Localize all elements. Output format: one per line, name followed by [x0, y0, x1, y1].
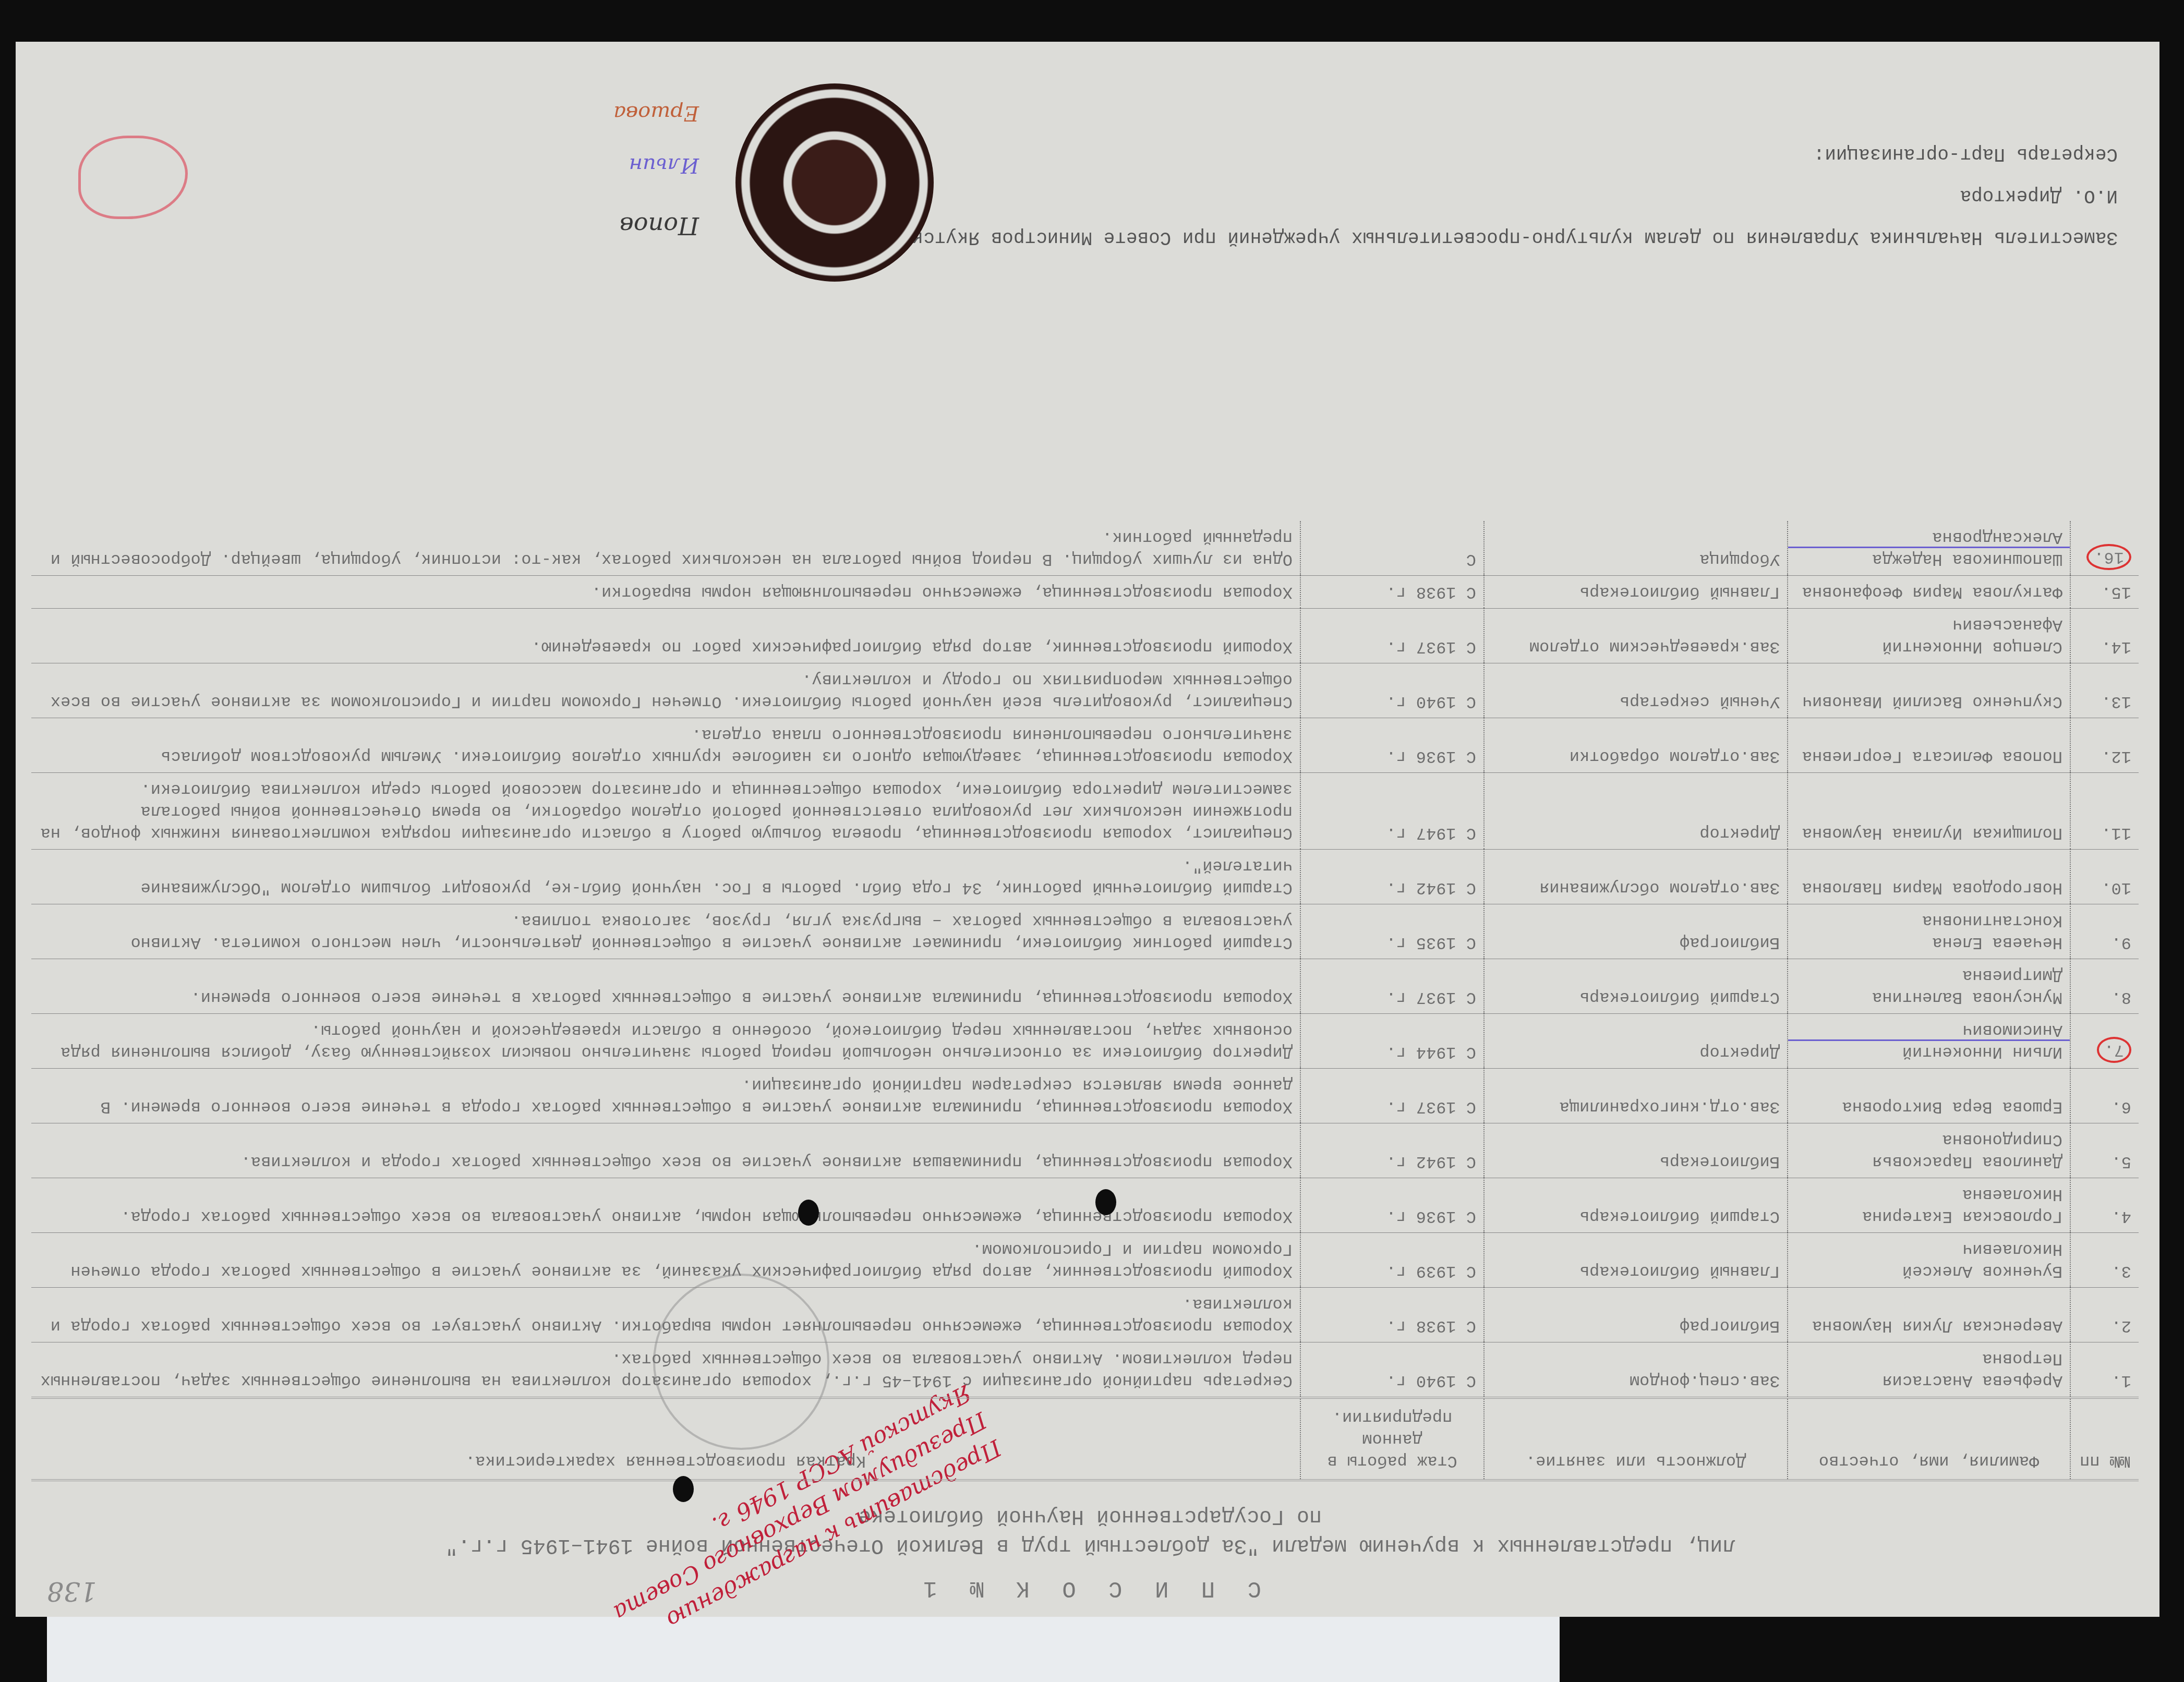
row-position: Директор: [1484, 1014, 1788, 1069]
row-tenure: С 1944 г.: [1300, 1014, 1484, 1069]
row-tenure-text: С 1935 г.: [1386, 933, 1476, 952]
row-position: Зав.отделом обработки: [1484, 718, 1788, 773]
row-characteristic-text: Хорошая производственница, принимала акт…: [191, 988, 1293, 1007]
row-position: Зав.отделом обслуживания: [1484, 850, 1788, 904]
row-position-text: Зав.краеведческим отделом: [1529, 637, 1780, 657]
row-name-text: Полищикая Иулиана Наумовна: [1802, 824, 2062, 843]
table-row: 4.Горловская Екатерина НиколаевнаСтарший…: [31, 1178, 2139, 1233]
row-tenure: С 1938 г.: [1300, 1288, 1484, 1342]
row-characteristic: Специалист, руководитель всей научной ра…: [31, 663, 1300, 718]
row-position: Главный библиотекарь: [1484, 1233, 1788, 1288]
table-row: 3.Бученков Алексей НиколаевичГлавный биб…: [31, 1233, 2139, 1288]
row-number: 11.: [2070, 773, 2139, 850]
row-characteristic: Хорошая производственница, принимавшая а…: [31, 1123, 1300, 1178]
header-characteristic: Краткая производственная характеристика.: [31, 1398, 1300, 1480]
row-characteristic-text: Специалист, хорошая производственница, п…: [41, 780, 1293, 843]
row-position: Старший библиотекарь: [1484, 1178, 1788, 1233]
row-tenure-text: С 1937 г.: [1386, 637, 1476, 657]
row-tenure-text: С 1937 г.: [1386, 1097, 1476, 1117]
row-characteristic-text: Хорошая производственница, принимавшая а…: [241, 1152, 1293, 1171]
row-name-text: Нечаева Елена Константиновна: [1922, 911, 2062, 952]
row-characteristic-text: Директор библиотеки за относительно небо…: [61, 1021, 1293, 1062]
row-position: Зав.спец.фондом: [1484, 1342, 1788, 1398]
row-number: 13.: [2070, 663, 2139, 718]
row-tenure: С 1940 г.: [1300, 663, 1484, 718]
table-row: 2.Аверенская Лукия НаумовнаБиблиографС 1…: [31, 1288, 2139, 1342]
row-number: 8.: [2070, 959, 2139, 1014]
row-number: 16.: [2070, 521, 2139, 576]
table-row: 7.Ильин Иннокентий АнисимовичДиректорС 1…: [31, 1014, 2139, 1069]
row-characteristic-text: Одна из лучших уборщиц. В период войны р…: [51, 528, 1293, 569]
row-number-text: 4.: [2111, 1207, 2131, 1226]
row-position: Директор: [1484, 773, 1788, 850]
signature-3: Ершова: [613, 101, 699, 125]
header-tenure: Стаж работы в данном предприятии.: [1300, 1398, 1484, 1480]
row-name: Скупченко Василий Иванович: [1788, 663, 2070, 718]
footer-deputy-head: Заместитель Начальника Управления по дел…: [822, 224, 2118, 250]
row-number: 1.: [2070, 1342, 2139, 1398]
row-position: Зав.краеведческим отделом: [1484, 609, 1788, 663]
row-tenure-text: С 1947 г.: [1386, 824, 1476, 843]
row-position-text: Зав.спец.фондом: [1630, 1371, 1780, 1390]
header-name: Фамилия, имя, отчество: [1788, 1398, 2070, 1480]
row-name-text: Новгородова Мария Павловна: [1802, 878, 2062, 898]
footer-acting-director: И.О. Директора: [822, 183, 2118, 209]
row-tenure: С: [1300, 521, 1484, 576]
row-position-text: Уборщица: [1699, 550, 1780, 569]
row-name: Шапошникова Надежда Александровна: [1788, 521, 2070, 576]
row-tenure-text: С 1942 г.: [1386, 878, 1476, 898]
row-position: Зав.отд.книгохранилища: [1484, 1069, 1788, 1123]
row-characteristic: Старший библиотечный работник, 34 года б…: [31, 850, 1300, 904]
row-position: Главный библиотекарь: [1484, 576, 1788, 609]
row-name-text: Данилова Парасковья Спиридоновна: [1872, 1130, 2062, 1171]
row-number-text: 5.: [2111, 1152, 2131, 1171]
row-characteristic: Старший работник библиотеки, принимает а…: [31, 904, 1300, 959]
row-name: Мунсунова Валентина Дмитриевна: [1788, 959, 2070, 1014]
signature-block: Заместитель Начальника Управления по дел…: [822, 125, 2118, 250]
row-position-text: Главный библиотекарь: [1579, 583, 1780, 602]
binder-hole: [1095, 1189, 1116, 1215]
table-header-row: №№ пп Фамилия, имя, отчество Должность и…: [31, 1398, 2139, 1480]
row-tenure-text: С 1940 г.: [1386, 692, 1476, 711]
row-characteristic-text: Хороший производственник, автор ряда биб…: [532, 637, 1293, 657]
subtitle-line-2: по Государственной Научной библиотеке: [177, 1501, 2003, 1530]
binder-hole: [673, 1476, 694, 1502]
row-name: Горловская Екатерина Николаевна: [1788, 1178, 2070, 1233]
row-name-text: Мунсунова Валентина Дмитриевна: [1872, 966, 2062, 1007]
row-characteristic-text: Хорошая производственница, ежемесячно пе…: [592, 583, 1293, 602]
row-tenure-text: С 1937 г.: [1386, 988, 1476, 1007]
awardees-table: №№ пп Фамилия, имя, отчество Должность и…: [31, 521, 2139, 1481]
table-row: 13.Скупченко Василий ИвановичУченый секр…: [31, 663, 2139, 718]
row-name-text: Слепцов Иннокентий Афанасьевич: [1882, 615, 2062, 657]
row-tenure-text: С 1940 г.: [1386, 1371, 1476, 1390]
binder-hole: [798, 1200, 819, 1226]
row-characteristic-text: Старший библиотечный работник, 34 года б…: [141, 856, 1293, 898]
row-tenure: С 1936 г.: [1300, 1178, 1484, 1233]
row-name-text: Бученков Алексей Николаевич: [1902, 1240, 2062, 1281]
row-name: Фаткулова Мария Феофановна: [1788, 576, 2070, 609]
row-tenure-text: С 1939 г.: [1386, 1262, 1476, 1281]
row-number: 2.: [2070, 1288, 2139, 1342]
row-characteristic-text: Хорошая производственница, ежемесячно пе…: [120, 1207, 1293, 1226]
row-characteristic: Хорошая производственница, ежемесячно пе…: [31, 576, 1300, 609]
row-position: Уборщица: [1484, 521, 1788, 576]
document-subtitle: лиц, представленных к вручению медали "З…: [177, 1501, 2003, 1559]
row-tenure: С 1937 г.: [1300, 609, 1484, 663]
signature-2: Ильин: [629, 153, 699, 177]
table-row: 11.Полищикая Иулиана НаумовнаДиректорС 1…: [31, 773, 2139, 850]
row-characteristic-text: Специалист, руководитель всей научной ра…: [51, 670, 1293, 711]
row-name: Арефьева Анастасия Петровна: [1788, 1342, 2070, 1398]
row-characteristic: Одна из лучших уборщиц. В период войны р…: [31, 521, 1300, 576]
row-characteristic-text: Секретарь партийной организации с 1941–4…: [41, 1349, 1293, 1390]
row-number-text: 11.: [2101, 824, 2131, 843]
row-characteristic: Секретарь партийной организации с 1941–4…: [31, 1342, 1300, 1398]
footer-party-secretary: Секретарь Парт-организации:: [822, 141, 2118, 167]
subtitle-line-1: лиц, представленных к вручению медали "З…: [177, 1530, 2003, 1559]
row-name: Новгородова Мария Павловна: [1788, 850, 2070, 904]
row-tenure: С 1942 г.: [1300, 850, 1484, 904]
table-row: 15.Фаткулова Мария ФеофановнаГлавный биб…: [31, 576, 2139, 609]
table-row: 1.Арефьева Анастасия ПетровнаЗав.спец.фо…: [31, 1342, 2139, 1398]
row-number: 10.: [2070, 850, 2139, 904]
row-tenure-text: С: [1466, 550, 1476, 569]
row-tenure-text: С 1938 г.: [1386, 583, 1476, 602]
row-name: Нечаева Елена Константиновна: [1788, 904, 2070, 959]
row-number-text: 14.: [2101, 637, 2131, 657]
row-position-text: Библиотекарь: [1660, 1152, 1780, 1171]
row-position-text: Библиограф: [1680, 933, 1780, 952]
row-name-text: Горловская Екатерина Николаевна: [1862, 1185, 2062, 1226]
row-number: 12.: [2070, 718, 2139, 773]
table-row: 6.Ершова Вера ВикторовнаЗав.отд.книгохра…: [31, 1069, 2139, 1123]
row-number-text: 3.: [2111, 1262, 2131, 1281]
row-characteristic: Хорошая производственница, принимала акт…: [31, 959, 1300, 1014]
row-position-text: Ученый секретарь: [1620, 692, 1780, 711]
row-name-text: Шапошникова Надежда Александровна: [1872, 528, 2062, 569]
row-position-text: Директор: [1699, 824, 1780, 843]
row-number-text: 1.: [2111, 1371, 2131, 1390]
row-characteristic-text: Старший работник библиотеки, принимает а…: [130, 911, 1293, 952]
row-number: 3.: [2070, 1233, 2139, 1288]
row-tenure-text: С 1942 г.: [1386, 1152, 1476, 1171]
row-number-text: 10.: [2101, 878, 2131, 898]
row-characteristic: Хорошая производственница, заведующая од…: [31, 718, 1300, 773]
row-position-text: Зав.отделом обслуживания: [1539, 878, 1780, 898]
row-tenure: С 1947 г.: [1300, 773, 1484, 850]
row-characteristic: Хороший производственник, автор ряда биб…: [31, 609, 1300, 663]
row-number-text: 6.: [2111, 1097, 2131, 1117]
row-tenure-text: С 1936 г.: [1386, 1207, 1476, 1226]
row-name-text: Скупченко Василий Иванович: [1802, 692, 2062, 711]
row-tenure-text: С 1944 г.: [1386, 1043, 1476, 1062]
table-row: 10.Новгородова Мария ПавловнаЗав.отделом…: [31, 850, 2139, 904]
row-number: 15.: [2070, 576, 2139, 609]
row-number-text: 15.: [2101, 583, 2131, 602]
row-tenure: С 1939 г.: [1300, 1233, 1484, 1288]
row-position-text: Библиограф: [1680, 1316, 1780, 1336]
row-name-text: Попова Фелисата Георгиевна: [1802, 747, 2062, 766]
row-name: Полищикая Иулиана Наумовна: [1788, 773, 2070, 850]
row-number: 4.: [2070, 1178, 2139, 1233]
row-number: 14.: [2070, 609, 2139, 663]
row-characteristic: Хороший производственник, автор ряда биб…: [31, 1233, 1300, 1288]
row-position-text: Главный библиотекарь: [1579, 1262, 1780, 1281]
row-number: 5.: [2070, 1123, 2139, 1178]
row-tenure: С 1937 г.: [1300, 1069, 1484, 1123]
red-pencil-mark: [78, 136, 188, 219]
row-name-text: Ильин Иннокентий Анисимович: [1902, 1021, 2062, 1062]
violet-strike-line: [1788, 1039, 2070, 1041]
row-number-text: 8.: [2111, 988, 2131, 1007]
row-name-text: Аверенская Лукия Наумовна: [1812, 1316, 2062, 1336]
table-row: 9.Нечаева Елена КонстантиновнаБиблиограф…: [31, 904, 2139, 959]
row-position-text: Зав.отделом обработки: [1570, 747, 1780, 766]
violet-strike-line: [1788, 547, 2070, 548]
official-seal: [735, 83, 934, 282]
table-row: 5.Данилова Парасковья СпиридоновнаБиблио…: [31, 1123, 2139, 1178]
row-tenure: С 1942 г.: [1300, 1123, 1484, 1178]
row-characteristic: Хорошая производственница, ежемесячно пе…: [31, 1288, 1300, 1342]
row-position-text: Старший библиотекарь: [1579, 1207, 1780, 1226]
row-characteristic-text: Хорошая производственница, принимала акт…: [101, 1075, 1293, 1117]
table-row: 14.Слепцов Иннокентий АфанасьевичЗав.кра…: [31, 609, 2139, 663]
table-row: 16.Шапошникова Надежда АлександровнаУбор…: [31, 521, 2139, 576]
table-row: 8.Мунсунова Валентина ДмитриевнаСтарший …: [31, 959, 2139, 1014]
row-name-text: Фаткулова Мария Феофановна: [1802, 583, 2062, 602]
row-position: Библиограф: [1484, 904, 1788, 959]
header-number: №№ пп: [2070, 1398, 2139, 1480]
row-characteristic: Директор библиотеки за относительно небо…: [31, 1014, 1300, 1069]
document-title: С П И С О К № 1: [16, 1575, 2159, 1601]
row-tenure-text: С 1936 г.: [1386, 747, 1476, 766]
row-characteristic-text: Хорошая производственница, ежемесячно пе…: [51, 1294, 1293, 1336]
header-position: Должность или занятие.: [1484, 1398, 1788, 1480]
row-number-text: 9.: [2111, 933, 2131, 952]
row-number-text: 16.: [2086, 544, 2131, 570]
row-position-text: Директор: [1699, 1043, 1780, 1062]
row-position: Ученый секретарь: [1484, 663, 1788, 718]
row-tenure: С 1936 г.: [1300, 718, 1484, 773]
row-name: Попова Фелисата Георгиевна: [1788, 718, 2070, 773]
row-number-text: 12.: [2101, 747, 2131, 766]
row-tenure: С 1940 г.: [1300, 1342, 1484, 1398]
row-name-text: Арефьева Анастасия Петровна: [1882, 1349, 2062, 1390]
row-name: Бученков Алексей Николаевич: [1788, 1233, 2070, 1288]
row-characteristic-text: Хороший производственник, автор ряда биб…: [70, 1240, 1293, 1281]
row-position: Библиограф: [1484, 1288, 1788, 1342]
row-characteristic-text: Хорошая производственница, заведующая од…: [161, 725, 1293, 766]
row-name: Ершова Вера Викторовна: [1788, 1069, 2070, 1123]
row-position-text: Старший библиотекарь: [1579, 988, 1780, 1007]
row-tenure: С 1938 г.: [1300, 576, 1484, 609]
row-characteristic: Специалист, хорошая производственница, п…: [31, 773, 1300, 850]
row-number-text: 7.: [2097, 1037, 2131, 1063]
document-sheet: 138 С П И С О К № 1 лиц, представленных …: [16, 42, 2159, 1617]
table-row: 12.Попова Фелисата ГеоргиевнаЗав.отделом…: [31, 718, 2139, 773]
row-characteristic: Хорошая производственница, принимала акт…: [31, 1069, 1300, 1123]
row-tenure: С 1935 г.: [1300, 904, 1484, 959]
signature-1: Попов: [620, 212, 699, 240]
row-name: Данилова Парасковья Спиридоновна: [1788, 1123, 2070, 1178]
row-position-text: Зав.отд.книгохранилища: [1560, 1097, 1780, 1117]
row-number-text: 13.: [2101, 692, 2131, 711]
row-name: Ильин Иннокентий Анисимович: [1788, 1014, 2070, 1069]
row-number-text: 2.: [2111, 1316, 2131, 1336]
row-position: Старший библиотекарь: [1484, 959, 1788, 1014]
row-tenure-text: С 1938 г.: [1386, 1316, 1476, 1336]
row-position: Библиотекарь: [1484, 1123, 1788, 1178]
row-number: 6.: [2070, 1069, 2139, 1123]
row-number: 7.: [2070, 1014, 2139, 1069]
row-name: Аверенская Лукия Наумовна: [1788, 1288, 2070, 1342]
row-tenure: С 1937 г.: [1300, 959, 1484, 1014]
row-number: 9.: [2070, 904, 2139, 959]
row-name: Слепцов Иннокентий Афанасьевич: [1788, 609, 2070, 663]
row-name-text: Ершова Вера Викторовна: [1842, 1097, 2062, 1117]
